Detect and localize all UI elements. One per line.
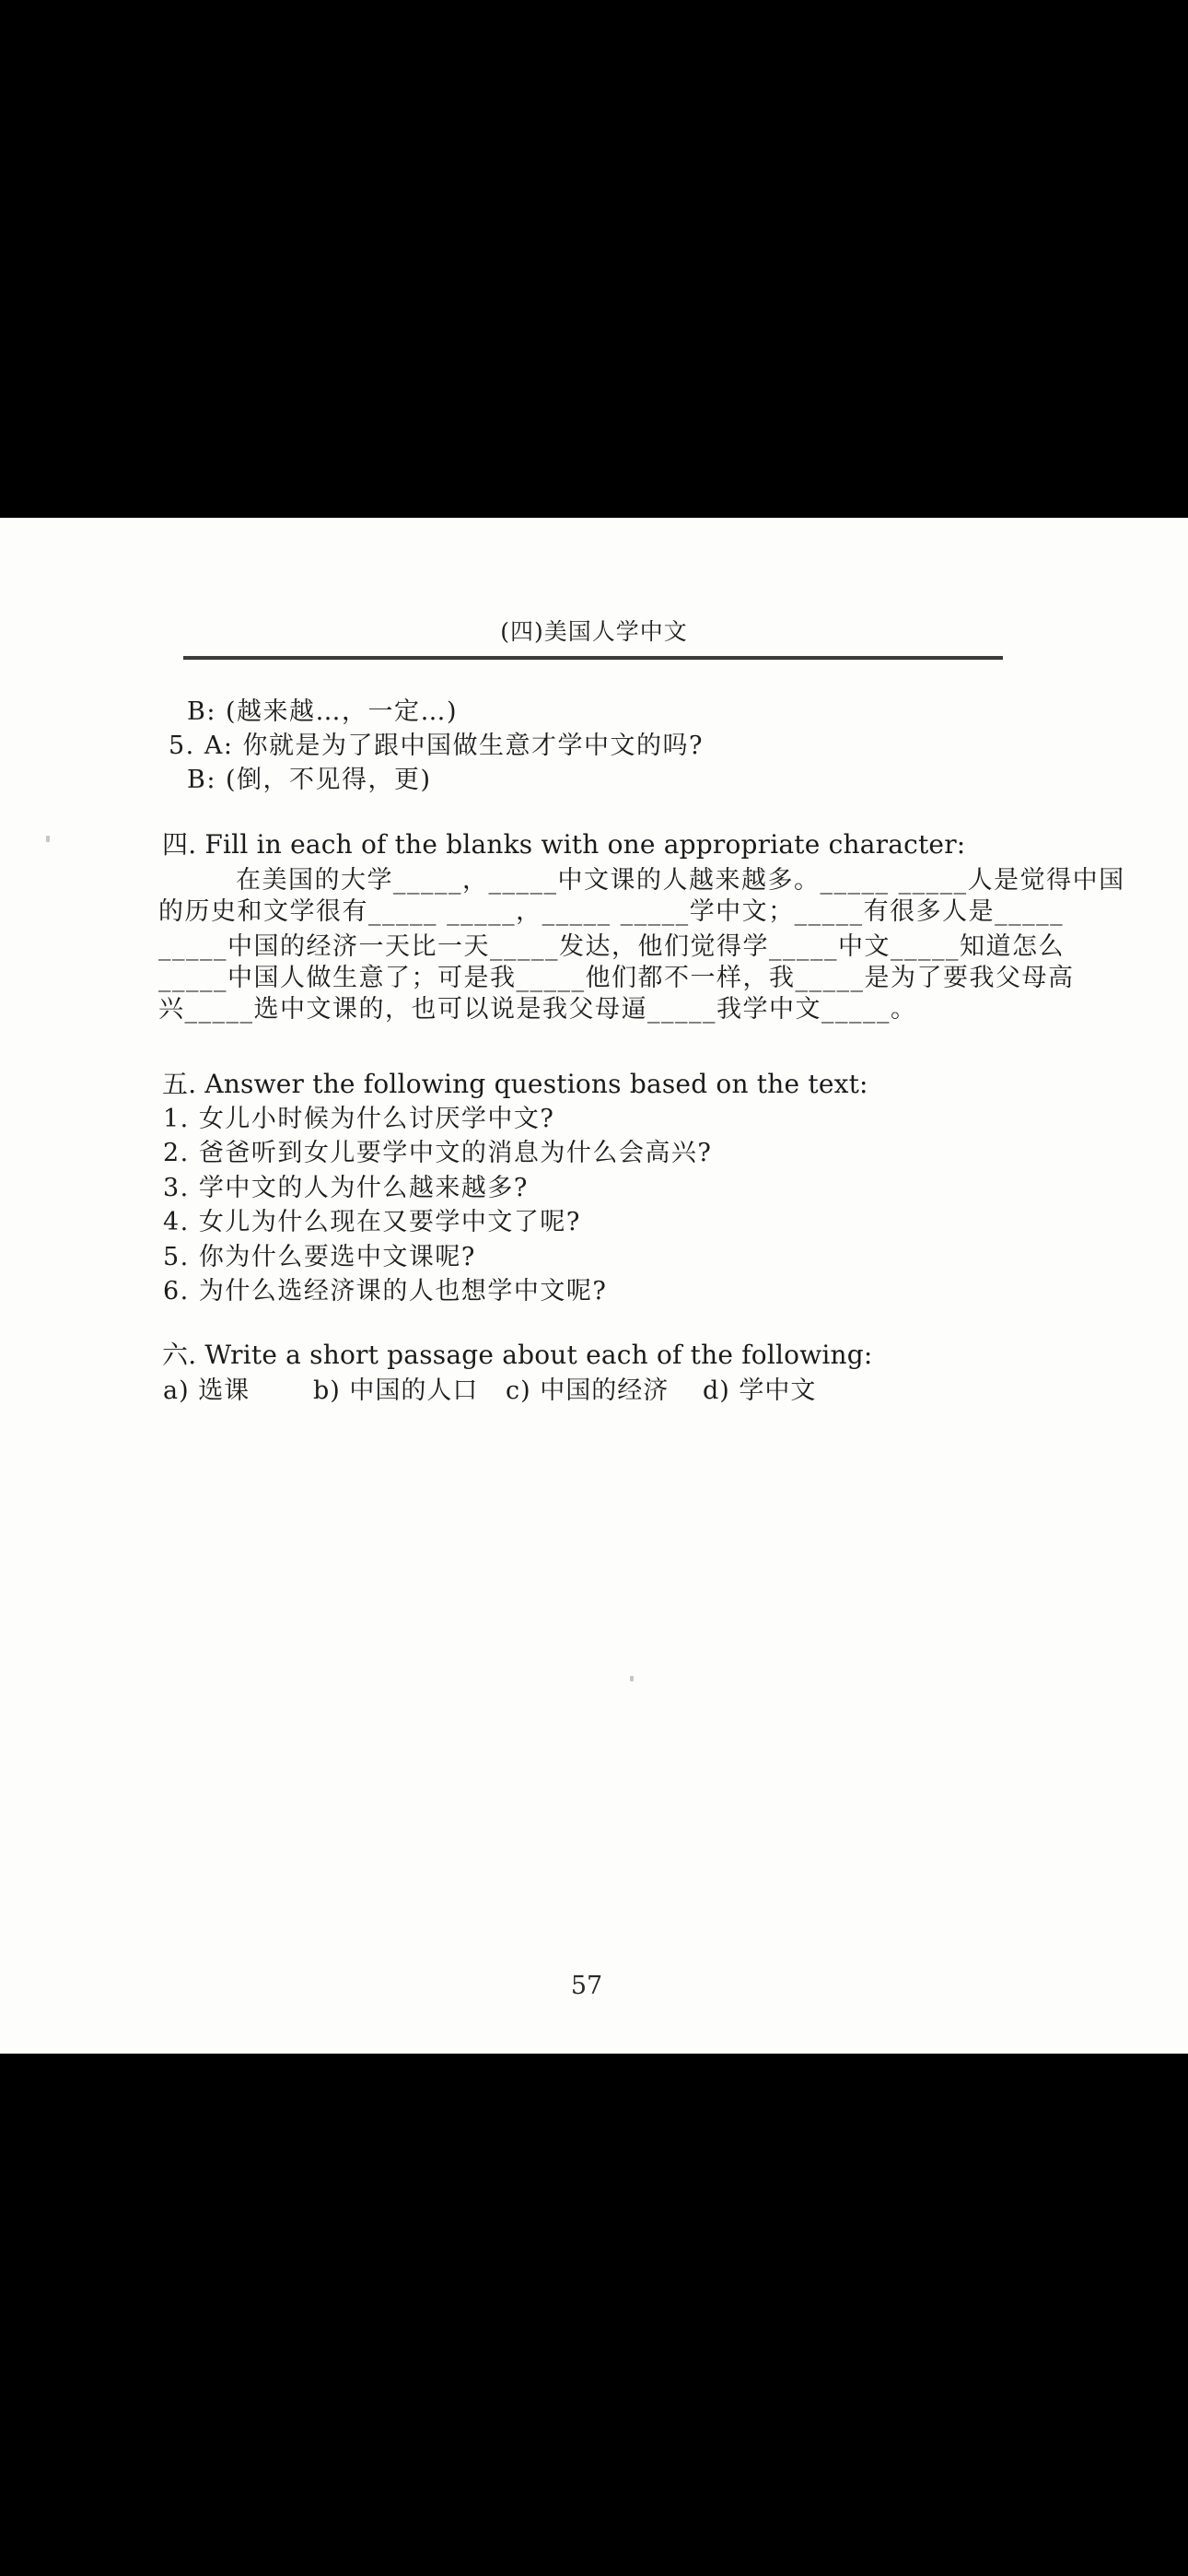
fill-blank-paragraph-line-2: 的历史和文学很有_____ _____，_____ _____学中文；_____…: [158, 891, 1064, 927]
question-item-3: 3. 学中文的人为什么越来越多?: [163, 1167, 529, 1203]
dialogue-line-5a: 5. A: 你就是为了跟中国做生意才学中文的吗?: [169, 725, 704, 761]
question-item-4: 4. 女儿为什么现在又要学中文了呢?: [163, 1201, 581, 1237]
section-five-heading: 五. Answer the following questions based …: [162, 1064, 868, 1101]
dialogue-line-b1: B: (越来越…，一定…): [187, 691, 458, 727]
question-item-6: 6. 为什么选经济课的人也想学中文呢?: [163, 1270, 607, 1306]
header-divider: [183, 656, 1003, 660]
passage-topic-a: a) 选课: [163, 1370, 250, 1406]
dialogue-line-b2: B: (倒，不见得，更): [187, 759, 432, 795]
page-number: 57: [0, 1972, 1173, 2000]
scan-speck-artifact: [46, 836, 50, 842]
section-four-heading: 四. Fill in each of the blanks with one a…: [162, 825, 965, 861]
fill-blank-paragraph-line-5: 兴_____选中文课的，也可以说是我父母逼_____我学中文_____。: [158, 989, 917, 1025]
question-item-1: 1. 女儿小时候为什么讨厌学中文?: [163, 1098, 554, 1134]
passage-topic-b: b) 中国的人口: [313, 1370, 478, 1406]
page-header-title: (四)美国人学中文: [0, 614, 1188, 647]
question-item-2: 2. 爸爸听到女儿要学中文的消息为什么会高兴?: [163, 1132, 712, 1168]
scan-speck-artifact: [630, 1676, 634, 1681]
passage-topics-row: a) 选课 b) 中国的人口 c) 中国的经济 d) 学中文: [0, 1370, 1188, 1401]
document-viewer[interactable]: (四)美国人学中文 B: (越来越…，一定…) 5. A: 你就是为了跟中国做生…: [0, 0, 1188, 2576]
section-six-heading: 六. Write a short passage about each of t…: [162, 1335, 873, 1372]
passage-topic-c: c) 中国的经济: [506, 1370, 669, 1406]
question-item-5: 5. 你为什么要选中文课呢?: [163, 1236, 476, 1272]
passage-topic-d: d) 学中文: [703, 1370, 816, 1406]
scanned-document-page: (四)美国人学中文 B: (越来越…，一定…) 5. A: 你就是为了跟中国做生…: [0, 518, 1188, 2054]
